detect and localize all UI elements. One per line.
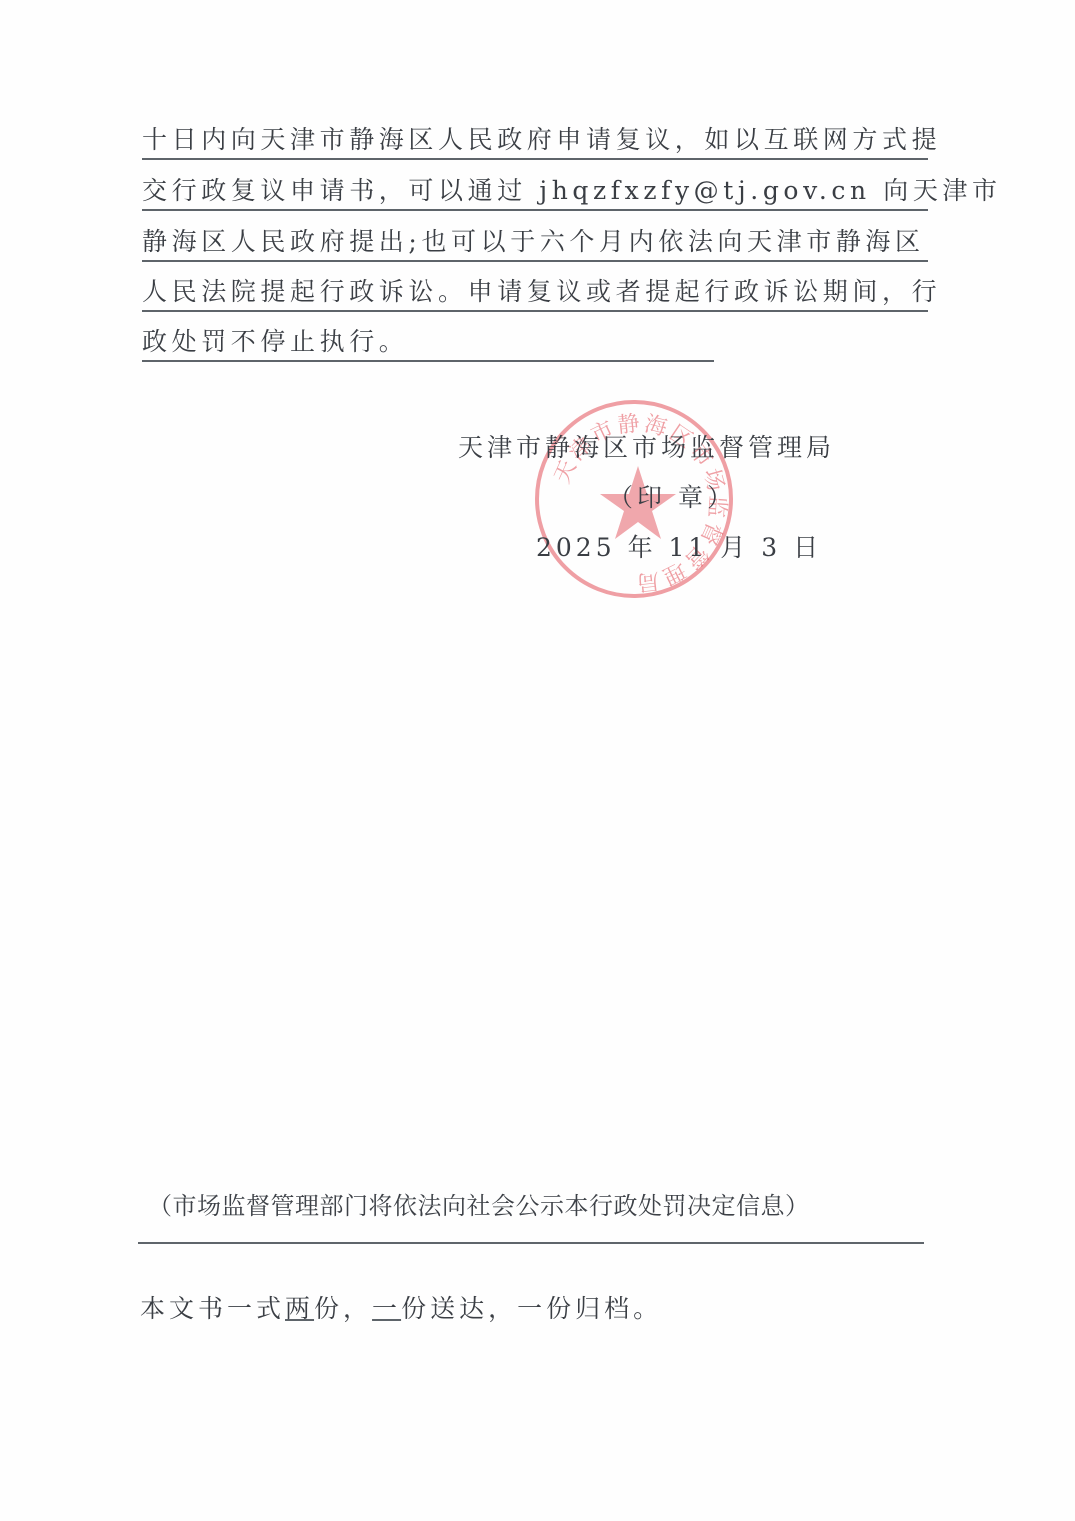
signature-organization: 天津市静海区市场监督管理局 — [458, 428, 835, 464]
paragraph-line-3: 静海区人民政府提出;也可以于六个月内依法向天津市静海区 — [142, 224, 928, 262]
signature-date: 2025 年 11 月 3 日 — [536, 528, 822, 564]
paragraph-line-1: 十日内向天津市静海区人民政府申请复议，如以互联网方式提 — [142, 122, 928, 160]
copies-suffix: 份送达，一份归档。 — [401, 1294, 662, 1323]
document-page: 十日内向天津市静海区人民政府申请复议，如以互联网方式提 交行政复议申请书，可以通… — [0, 0, 1075, 1521]
public-disclosure-notice: （市场监督管理部门将依法向社会公示本行政处罚决定信息） — [148, 1186, 810, 1221]
copies-mid: 份， — [314, 1294, 372, 1323]
seal-label: （印 章） — [608, 478, 736, 514]
paragraph-line-4: 人民法院提起行政诉讼。申请复议或者提起行政诉讼期间，行 — [142, 274, 928, 312]
copies-prefix: 本文书一式 — [140, 1294, 285, 1323]
copies-total: 两 — [285, 1294, 314, 1323]
paragraph-line-2: 交行政复议申请书，可以通过 jhqzfxzfy@tj.gov.cn 向天津市 — [142, 173, 928, 211]
divider-line — [138, 1242, 924, 1244]
paragraph-line-5: 政处罚不停止执行。 — [142, 324, 714, 362]
copies-note: 本文书一式两份，一份送达，一份归档。 — [140, 1289, 662, 1325]
copies-served: 一 — [372, 1294, 401, 1323]
